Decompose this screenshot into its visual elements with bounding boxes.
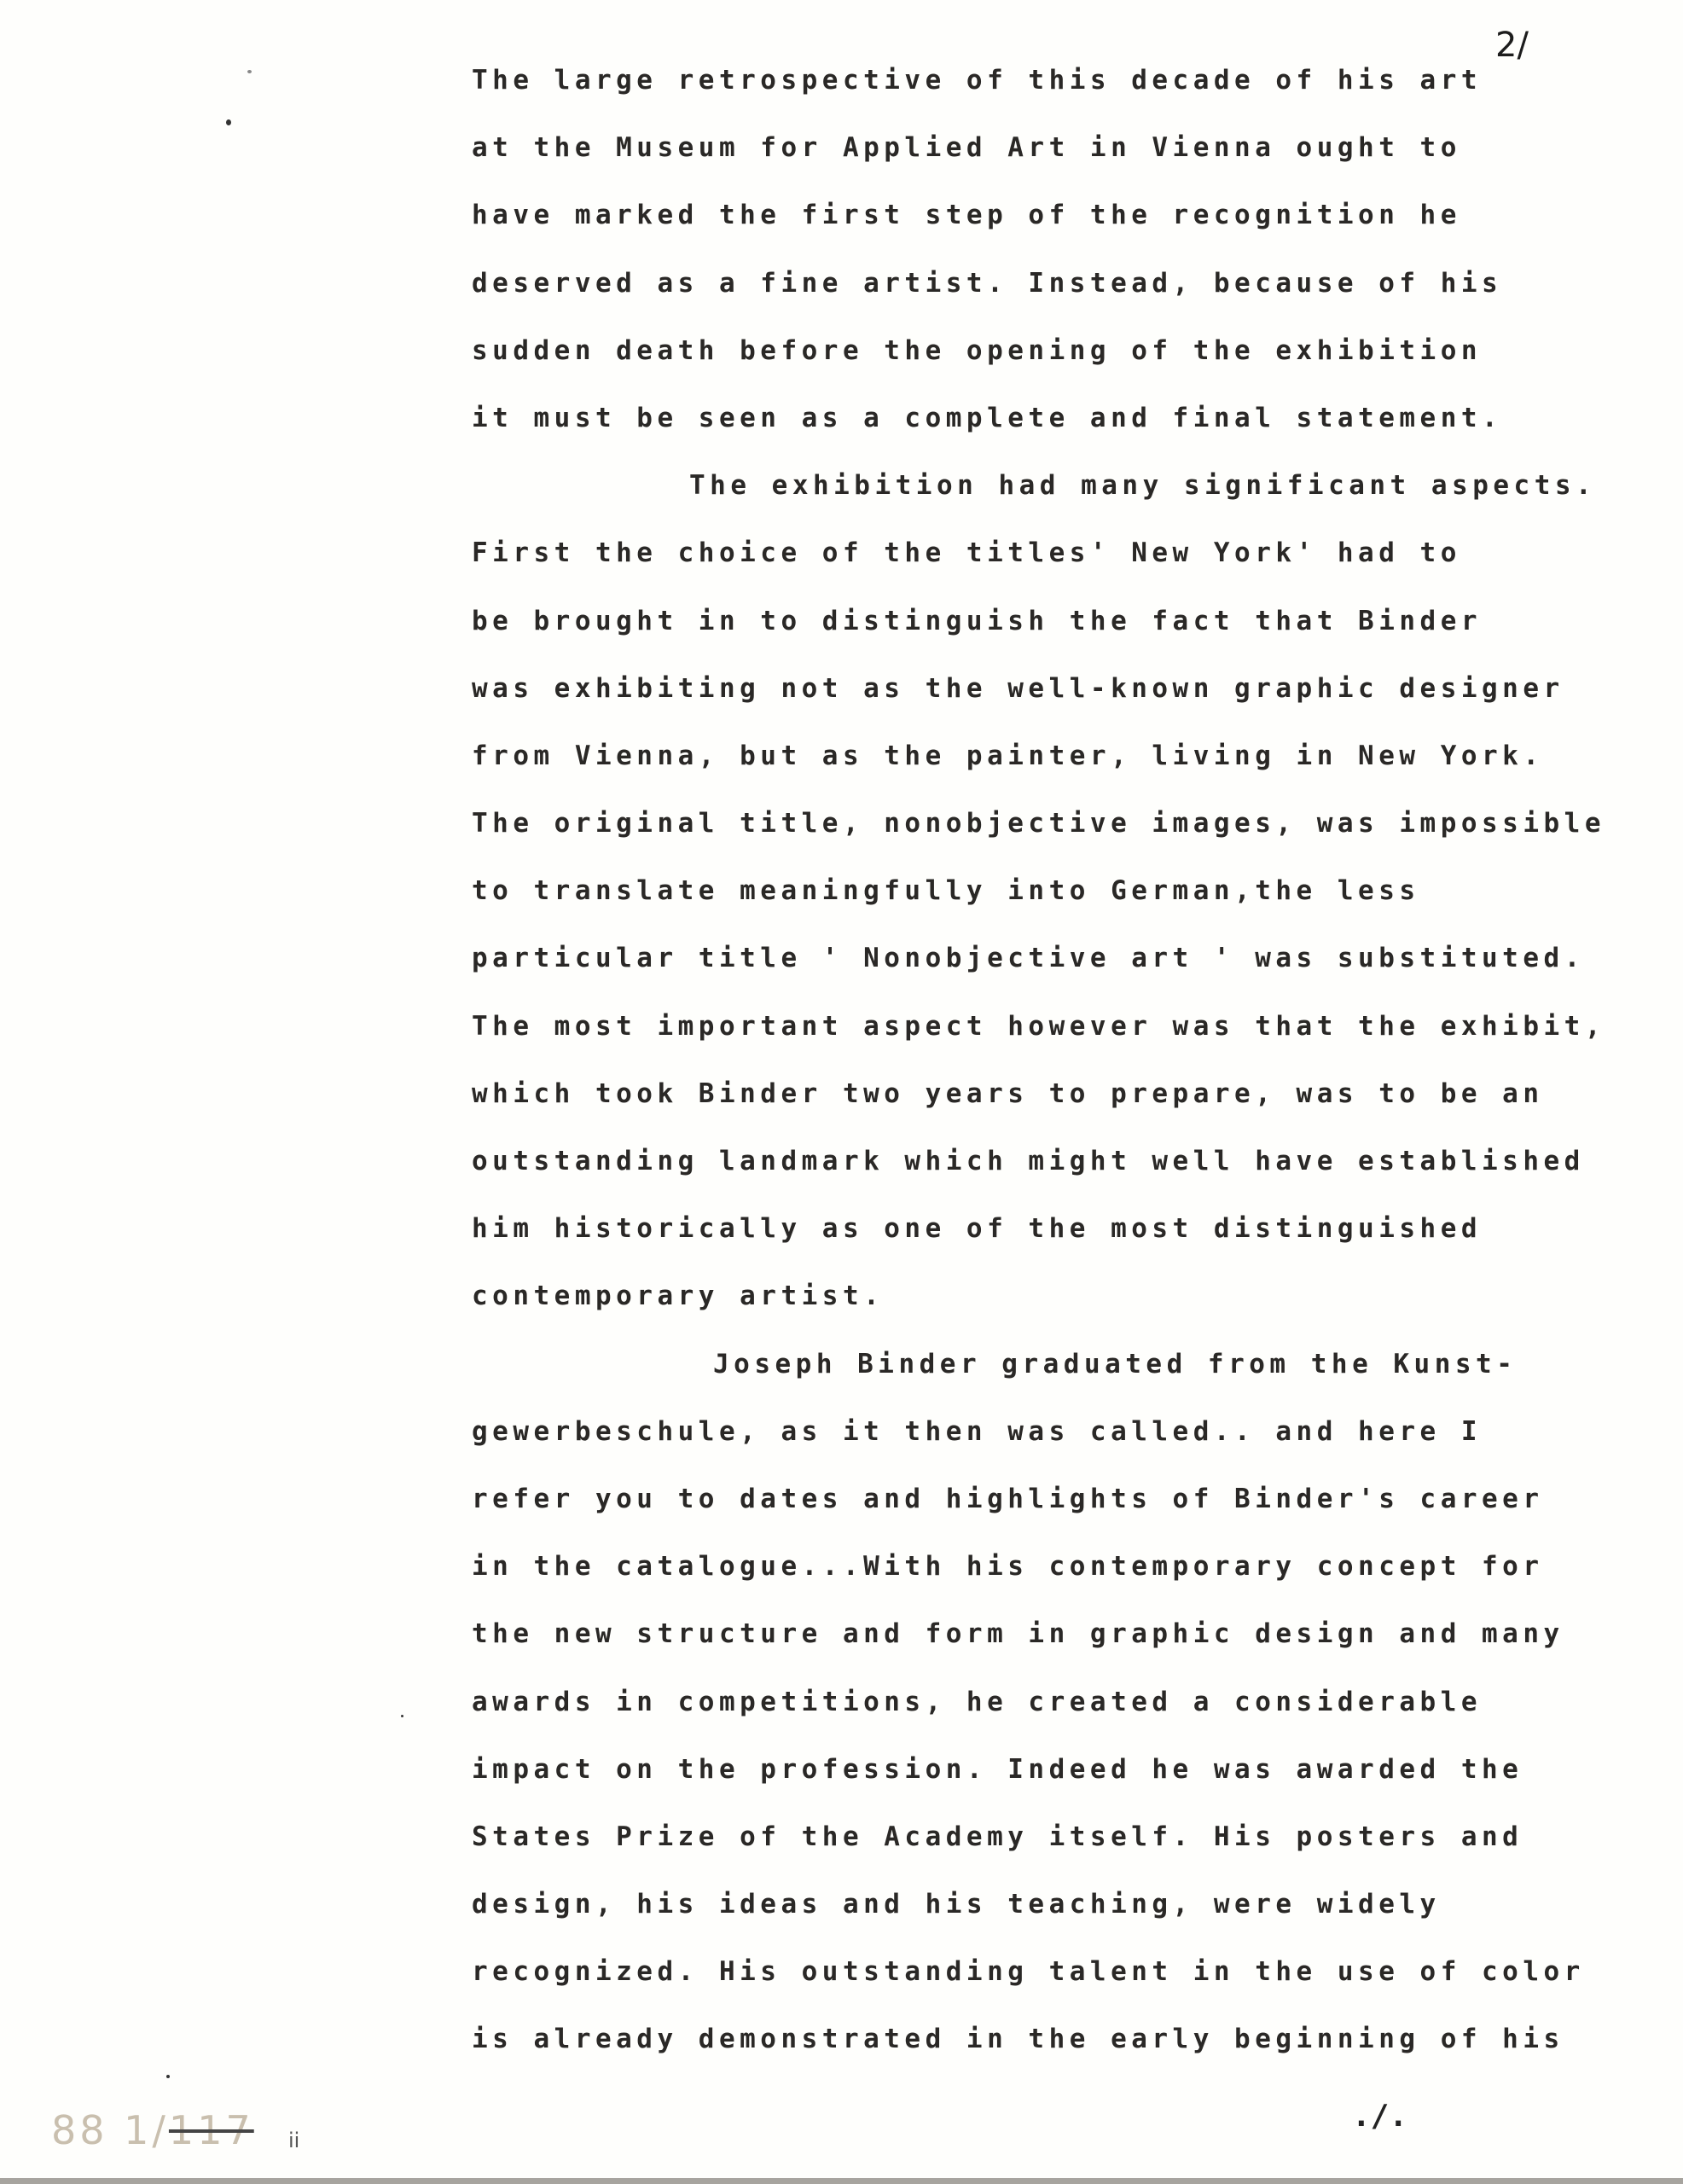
text-line: which took Binder two years to prepare, …	[472, 1068, 1666, 1136]
text-line: particular title ' Nonobjective art ' wa…	[472, 932, 1666, 1000]
text-line: at the Museum for Applied Art in Vienna …	[472, 122, 1666, 189]
text-line: The exhibition had many significant aspe…	[472, 460, 1666, 527]
text-line: it must be seen as a complete and final …	[472, 392, 1666, 460]
archive-number-annotation: 88 1/117	[51, 2107, 254, 2153]
text-line: was exhibiting not as the well-known gra…	[472, 663, 1666, 730]
archive-number-struck: 117	[169, 2107, 254, 2153]
text-line: outstanding landmark which might well ha…	[472, 1136, 1666, 1203]
text-line: have marked the first step of the recogn…	[472, 189, 1666, 257]
paper-speck	[401, 1715, 403, 1717]
text-line: deserved as a fine artist. Instead, beca…	[472, 258, 1666, 325]
text-line: design, his ideas and his teaching, were…	[472, 1879, 1666, 1946]
text-line: refer you to dates and highlights of Bin…	[472, 1473, 1666, 1541]
archive-number-suffix: ii	[288, 2129, 299, 2152]
text-line: contemporary artist.	[472, 1270, 1666, 1338]
typewritten-page: 2/ The large retrospective of this decad…	[0, 0, 1683, 2178]
text-line: gewerbeschule, as it then was called.. a…	[472, 1406, 1666, 1473]
text-line: in the catalogue...With his contemporary…	[472, 1541, 1666, 1608]
text-line: from Vienna, but as the painter, living …	[472, 730, 1666, 798]
text-line: recognized. His outstanding talent in th…	[472, 1946, 1666, 2013]
text-line: awards in competitions, he created a con…	[472, 1676, 1666, 1744]
text-line: The large retrospective of this decade o…	[472, 55, 1666, 122]
paper-speck	[247, 70, 252, 73]
text-line: the new structure and form in graphic de…	[472, 1608, 1666, 1676]
continued-mark: ./.	[1352, 2099, 1407, 2134]
paper-speck	[166, 2075, 170, 2078]
archive-number-prefix: 88 1/	[51, 2107, 169, 2153]
text-line: The original title, nonobjective images,…	[472, 798, 1666, 865]
text-line: to translate meaningfully into German,th…	[472, 865, 1666, 932]
page-bottom-edge	[0, 2178, 1683, 2184]
text-line: him historically as one of the most dist…	[472, 1203, 1666, 1270]
text-line: Joseph Binder graduated from the Kunst-	[472, 1339, 1666, 1406]
text-line: sudden death before the opening of the e…	[472, 325, 1666, 392]
text-line: States Prize of the Academy itself. His …	[472, 1811, 1666, 1879]
text-line: The most important aspect however was th…	[472, 1001, 1666, 1068]
text-line: is already demonstrated in the early beg…	[472, 2013, 1666, 2081]
body-text: The large retrospective of this decade o…	[472, 55, 1666, 2082]
text-line: First the choice of the titles' New York…	[472, 527, 1666, 595]
paper-speck	[226, 119, 231, 125]
text-line: impact on the profession. Indeed he was …	[472, 1744, 1666, 1811]
text-line: be brought in to distinguish the fact th…	[472, 595, 1666, 663]
